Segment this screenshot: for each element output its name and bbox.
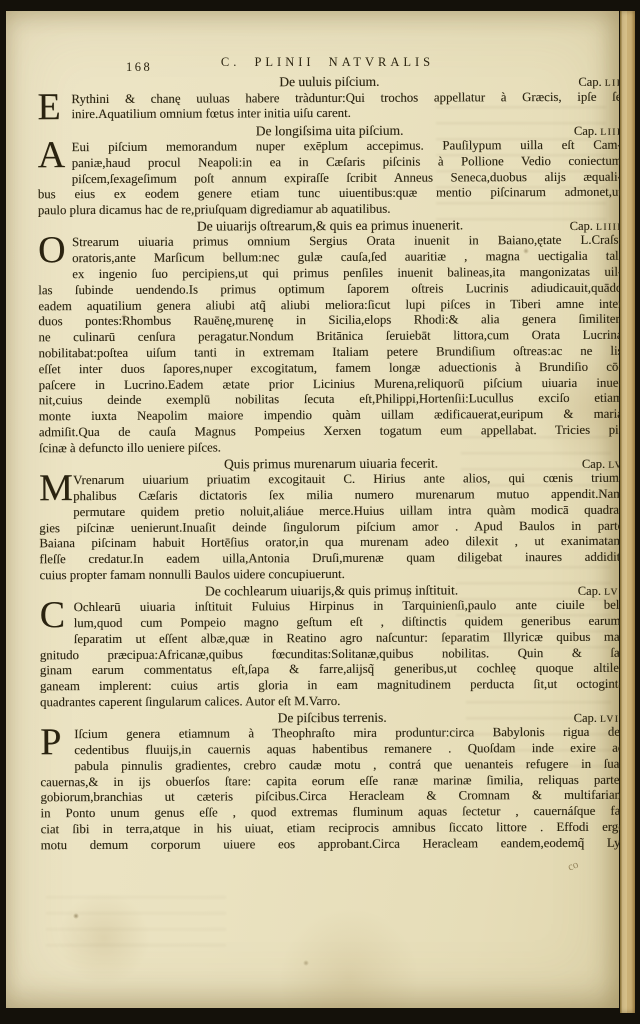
chapter-title: De longiſsima uita piſcium.	[256, 122, 404, 138]
show-through-patch	[46, 896, 226, 956]
chapter: De uuluis piſcium. Cap. LII E Rythini & …	[37, 73, 621, 124]
chapter: De cochlearum uiuarijs,& quis primus inſ…	[40, 581, 625, 711]
running-header: C. PLINII NATVRALIS	[66, 55, 589, 70]
chapter-number: Cap. LIIII	[570, 218, 622, 237]
cap-word: Cap.	[578, 75, 601, 89]
text-line: permutare quidem pretio noluit,aliáue me…	[39, 502, 623, 520]
text-line: bus eius ex eodem genere etiam tunc uiue…	[38, 185, 622, 203]
chapter: De piſcibus terrenis. Cap. LVII P Iſcium…	[40, 709, 625, 854]
chapter-paragraph: O Strearum uiuaria primus omnium Sergius…	[38, 233, 623, 457]
book-fore-edge	[620, 11, 635, 1013]
chapter-title: De cochlearum uiuarijs,& quis primus inſ…	[205, 582, 458, 598]
chapter-paragraph: E Rythini & chanę uuluas habere tràduntu…	[37, 89, 621, 124]
drop-cap-initial: C	[40, 601, 69, 632]
chapter-number: Cap. LII	[578, 74, 621, 93]
text-line: ganeam implerent: cuius artis gloria in …	[40, 677, 624, 695]
catchword: co	[566, 859, 580, 874]
text-line: fleſſe credatur.In eadem uilla,Antonia D…	[39, 550, 623, 568]
cap-word: Cap.	[578, 584, 601, 598]
chapter-number: Cap. LVI	[578, 582, 624, 601]
chapter-paragraph: P Iſcium genera etiamnum à Theophraſto m…	[40, 725, 625, 854]
chapter-title: De piſcibus terrenis.	[278, 710, 387, 725]
cap-numeral: LIIII	[596, 223, 622, 233]
cap-word: Cap.	[570, 219, 593, 233]
chapter-title: Quis primus murenarum uiuaria fecerit.	[224, 455, 438, 471]
chapter: De longiſsima uita piſcium. Cap. LIII A …	[38, 121, 622, 219]
text-line: motu demum corporum uiuere eos approbant…	[41, 836, 625, 854]
drop-cap-initial: M	[39, 474, 68, 505]
cap-word: Cap.	[574, 711, 597, 725]
chapter-number: Cap. LV	[582, 455, 623, 474]
cap-word: Cap.	[574, 123, 597, 137]
chapter: Quis primus murenarum uiuaria fecerit. C…	[39, 454, 624, 584]
chapter-number: Cap. LIII	[574, 122, 622, 141]
chapter: De uiuarijs oſtrearum,& quis ea primus i…	[38, 217, 623, 457]
chapter-heading: De longiſsima uita piſcium. Cap. LIII	[38, 121, 622, 140]
chapter-paragraph: C Ochlearū uiuaria inſtituit Fuluius Hir…	[40, 598, 624, 711]
drop-cap-initial: P	[40, 728, 69, 759]
chapter-title: De uiuarijs oſtrearum,& quis ea primus i…	[197, 217, 463, 233]
chapter-heading: De uuluis piſcium. Cap. LII	[37, 73, 621, 92]
chapter-heading: De piſcibus terrenis. Cap. LVII	[40, 709, 624, 728]
cap-numeral: LII	[605, 79, 622, 89]
chapter-number: Cap. LVII	[574, 710, 625, 729]
text-line: Rythini & chanę uuluas habere tràduntur:…	[37, 89, 621, 107]
chapter-title: De uuluis piſcium.	[279, 74, 379, 89]
drop-cap-initial: O	[38, 237, 67, 268]
drop-cap-initial: E	[37, 93, 66, 124]
cap-numeral: LIII	[600, 127, 621, 137]
chapter-paragraph: M Vrenarum uiuarium priuatim excogitauit…	[39, 471, 623, 584]
chapter-heading: De cochlearum uiuarijs,& quis primus inſ…	[40, 581, 624, 600]
chapter-paragraph: A Eui piſcium memorandum nuper exēplum a…	[38, 138, 622, 220]
book-page: 168 C. PLINII NATVRALIS De uuluis piſciu…	[6, 11, 619, 1008]
drop-cap-initial: A	[38, 141, 67, 172]
text-line: admiſit.Qua de cauſa Magnus Pompeius Xer…	[39, 423, 623, 441]
chapter-heading: De uiuarijs oſtrearum,& quis ea primus i…	[38, 217, 622, 236]
cap-word: Cap.	[582, 456, 605, 470]
chapter-heading: Quis primus murenarum uiuaria fecerit. C…	[39, 454, 623, 473]
text-block: De uuluis piſcium. Cap. LII E Rythini & …	[37, 73, 624, 854]
